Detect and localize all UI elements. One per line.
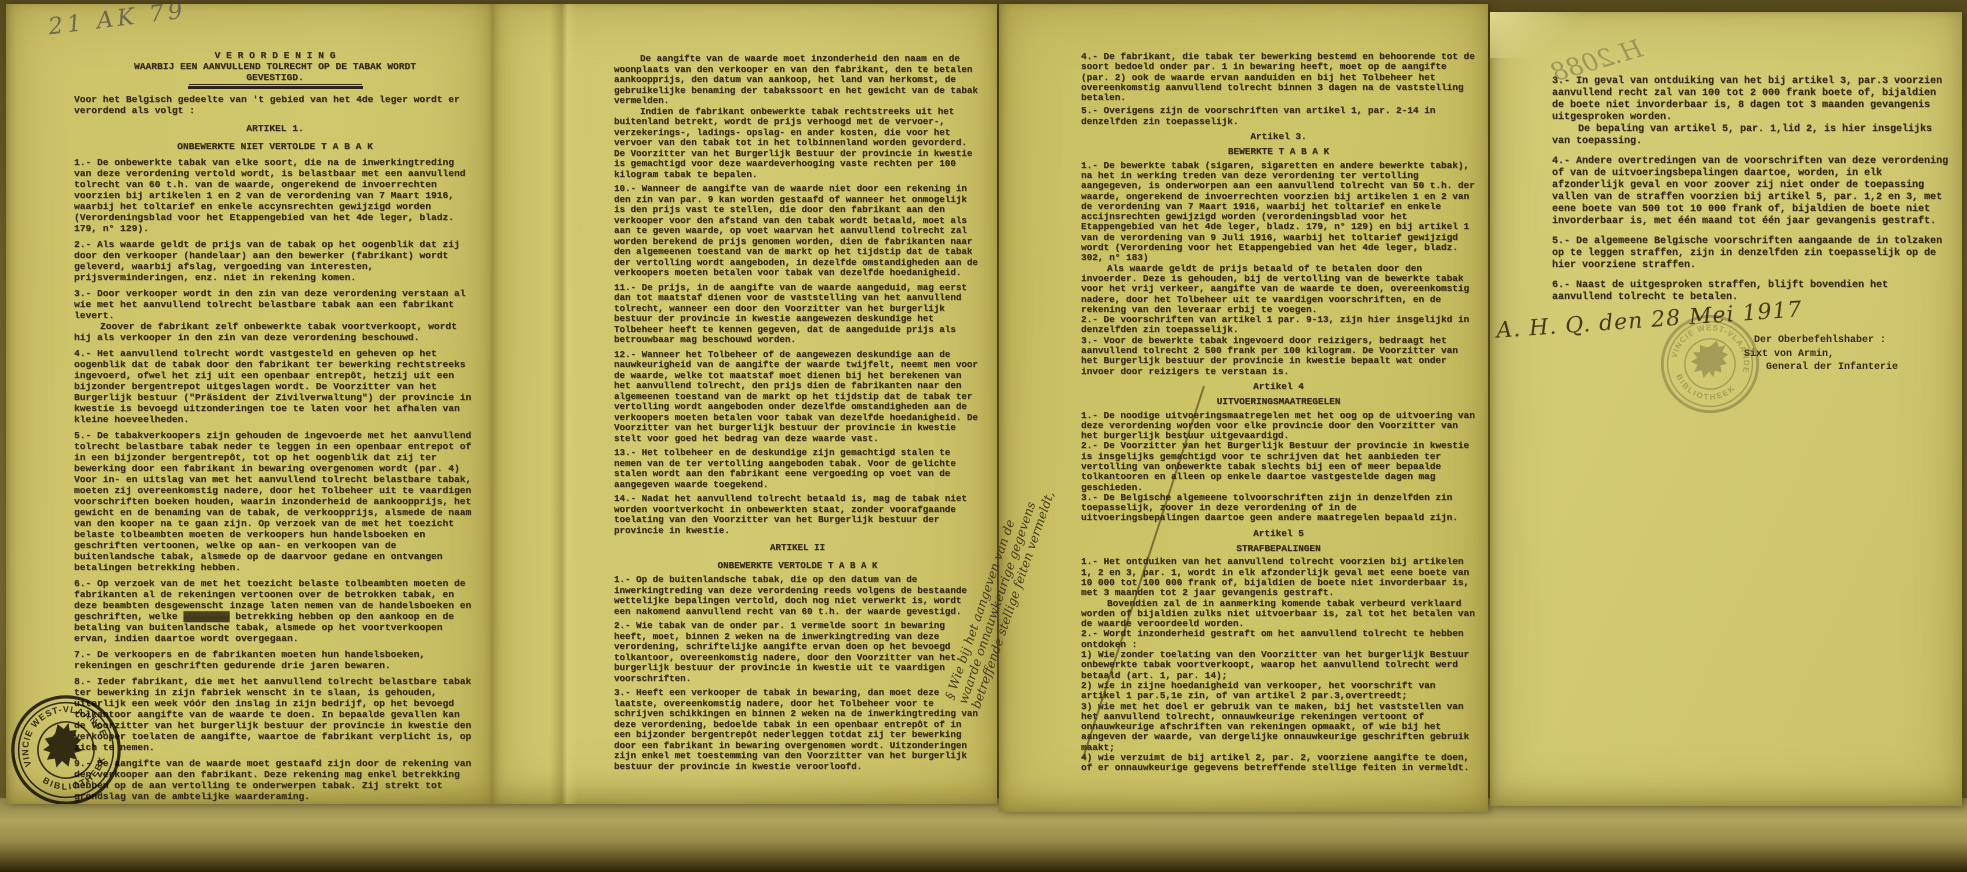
paragraph: Indien de fabrikant onbewerkte tabak rec… <box>614 107 981 181</box>
paragraph: 3.- De Belgische algemeene tolvoorschrif… <box>1081 493 1476 524</box>
paragraph: 1.- Op de buitenlandsche tabak, die op d… <box>614 575 981 617</box>
paragraph: Bovendien zal de in aanmerking komende t… <box>1081 599 1476 630</box>
article-heading: ONBEWERKTE VERTOLDE T A B A K <box>614 561 981 572</box>
paragraph: 4.- Andere overtredingen van de voorschr… <box>1552 156 1954 228</box>
page-4: H.2088 3.- In geval van ontduiking van h… <box>1490 12 1962 806</box>
paragraph: Zoover de fabrikant zelf onbewerkte taba… <box>74 321 476 343</box>
article-heading: UITVOERINGSMAATREGELEN <box>1081 397 1476 407</box>
pencil-annotation: 21 AK 79 <box>47 4 188 40</box>
paragraph: 5.- De algemeene Belgische voorschriften… <box>1552 236 1954 272</box>
paragraph: 2.- Wordt inzonderheid gestraft om het a… <box>1081 629 1476 650</box>
document-title-line: GEVESTIGD. <box>74 72 476 83</box>
article-heading: Artikel 5 <box>1081 529 1476 539</box>
paragraph: 3.- Heeft een verkooper de tabak in bewa… <box>614 688 981 772</box>
paragraph: 4.- Het aanvullend tolrecht wordt vastge… <box>74 348 476 425</box>
paragraph: 2.- De Voorzitter van het Burgerlijk Bes… <box>1081 441 1476 492</box>
page-1: 21 AK 79 V E R O R D E N I N GWAARBIJ EE… <box>6 4 492 804</box>
paragraph: 1.- De noodige uitvoeringsmaatregelen me… <box>1081 411 1476 442</box>
paper-crease <box>550 4 578 804</box>
paragraph: 11.- De prijs, in de aangifte van de waa… <box>614 283 981 346</box>
signature-name: Sixt von Armin, <box>1744 348 1898 362</box>
paragraph: 4.- De fabrikant, die tabak ter bewerkin… <box>1081 52 1476 103</box>
document-title-line: WAARBIJ EEN AANVULLEND TOLRECHT OP DE TA… <box>74 61 476 72</box>
page-1-content: V E R O R D E N I N GWAARBIJ EEN AANVULL… <box>74 50 476 802</box>
article-heading: STRAFBEPALINGEN <box>1081 544 1476 554</box>
paragraph: Als waarde geldt de prijs betaald of te … <box>1081 264 1476 315</box>
signature-block: Der Oberbefehlshaber : Sixt von Armin, G… <box>1754 334 1898 375</box>
paragraph: 3) wie met het doel er gebruik van te ma… <box>1081 702 1476 753</box>
paragraph: De aangifte van de waarde moet inzonderh… <box>614 54 981 107</box>
article-heading: ARTIKEL II <box>614 543 981 554</box>
scanner-bed-strip <box>0 798 1967 872</box>
paragraph: 2.- Wie tabak van de onder par. 1 vermel… <box>614 621 981 684</box>
paragraph: 4) wie verzuimt de bij artikel 2, par. 2… <box>1081 753 1476 774</box>
page-3: 4.- De fabrikant, die tabak ter bewerkin… <box>999 4 1488 812</box>
paragraph: 12.- Wanneer het Tolbeheer of de aangewe… <box>614 350 981 445</box>
paragraph: 1.- De bewerkte tabak (sigaren, sigarett… <box>1081 161 1476 264</box>
paragraph: Voor het Belgisch gedeelte van 't gebied… <box>74 94 476 116</box>
paragraph: 3.- In geval van ontduiking van het bij … <box>1552 76 1954 124</box>
signature-rank: General der Infanterie <box>1766 361 1898 375</box>
paragraph: 3.- Door verkooper wordt in den zin van … <box>74 288 476 321</box>
article-heading: Artikel 4 <box>1081 382 1476 392</box>
article-heading: ONBEWERKTE NIET VERTOLDE T A B A K <box>74 141 476 152</box>
article-heading: Artikel 3. <box>1081 132 1476 142</box>
paragraph: 6.- Op verzoek van de met het toezicht b… <box>74 578 476 644</box>
page-2: De aangifte van de waarde moet inzonderh… <box>492 4 997 804</box>
paragraph: 2) wie in zijne hoedanigheid van verkoop… <box>1081 681 1476 702</box>
signature-title: Der Oberbefehlshaber : <box>1754 334 1898 348</box>
paragraph: 1.- De onbewerkte tabak van elke soort, … <box>74 157 476 234</box>
document-scan: 21 AK 79 V E R O R D E N I N GWAARBIJ EE… <box>0 0 1967 872</box>
paragraph: 1) Wie zonder toelating van den Voorzitt… <box>1081 650 1476 681</box>
paragraph: 10.- Wanneer de aangifte van de waarde n… <box>614 184 981 279</box>
title-underline <box>188 86 363 89</box>
paragraph: 14.- Nadat het aanvullend tolrecht betaa… <box>614 494 981 536</box>
paragraph: 2.- Als waarde geldt de prijs van de tab… <box>74 239 476 283</box>
page-3-content: 4.- De fabrikant, die tabak ter bewerkin… <box>1081 52 1476 774</box>
paragraph: 5.- De tabakverkoopers zijn gehouden de … <box>74 430 476 573</box>
paragraph: 5.- Overigens zijn de voorschriften van … <box>1081 106 1476 127</box>
page-4-content: 3.- In geval van ontduiking van het bij … <box>1552 76 1954 304</box>
paragraph: 13.- Het tolbeheer en de deskundige zijn… <box>614 448 981 490</box>
paragraph: 3.- Voor de bewerkte tabak ingevoerd doo… <box>1081 336 1476 377</box>
paragraph: 2.- De voorschriften van artikel 1 par. … <box>1081 315 1476 336</box>
page-2-content: De aangifte van de waarde moet inzonderh… <box>614 54 981 772</box>
article-heading: ARTIKEL 1. <box>74 123 476 134</box>
article-heading: BEWERKTE T A B A K <box>1081 147 1476 157</box>
document-title-line: V E R O R D E N I N G <box>74 50 476 61</box>
faint-library-stamp: PROVINCIE WEST-VLAANDEREN BIBLIOTHEEK <box>1648 302 1771 425</box>
paragraph: 8.- Ieder fabrikant, die met het aanvull… <box>74 676 476 753</box>
paragraph: 7.- De verkoopers en de fabrikanten moet… <box>74 649 476 671</box>
paragraph: De bepaling van artikel 5, par. 1,lid 2,… <box>1552 124 1954 148</box>
